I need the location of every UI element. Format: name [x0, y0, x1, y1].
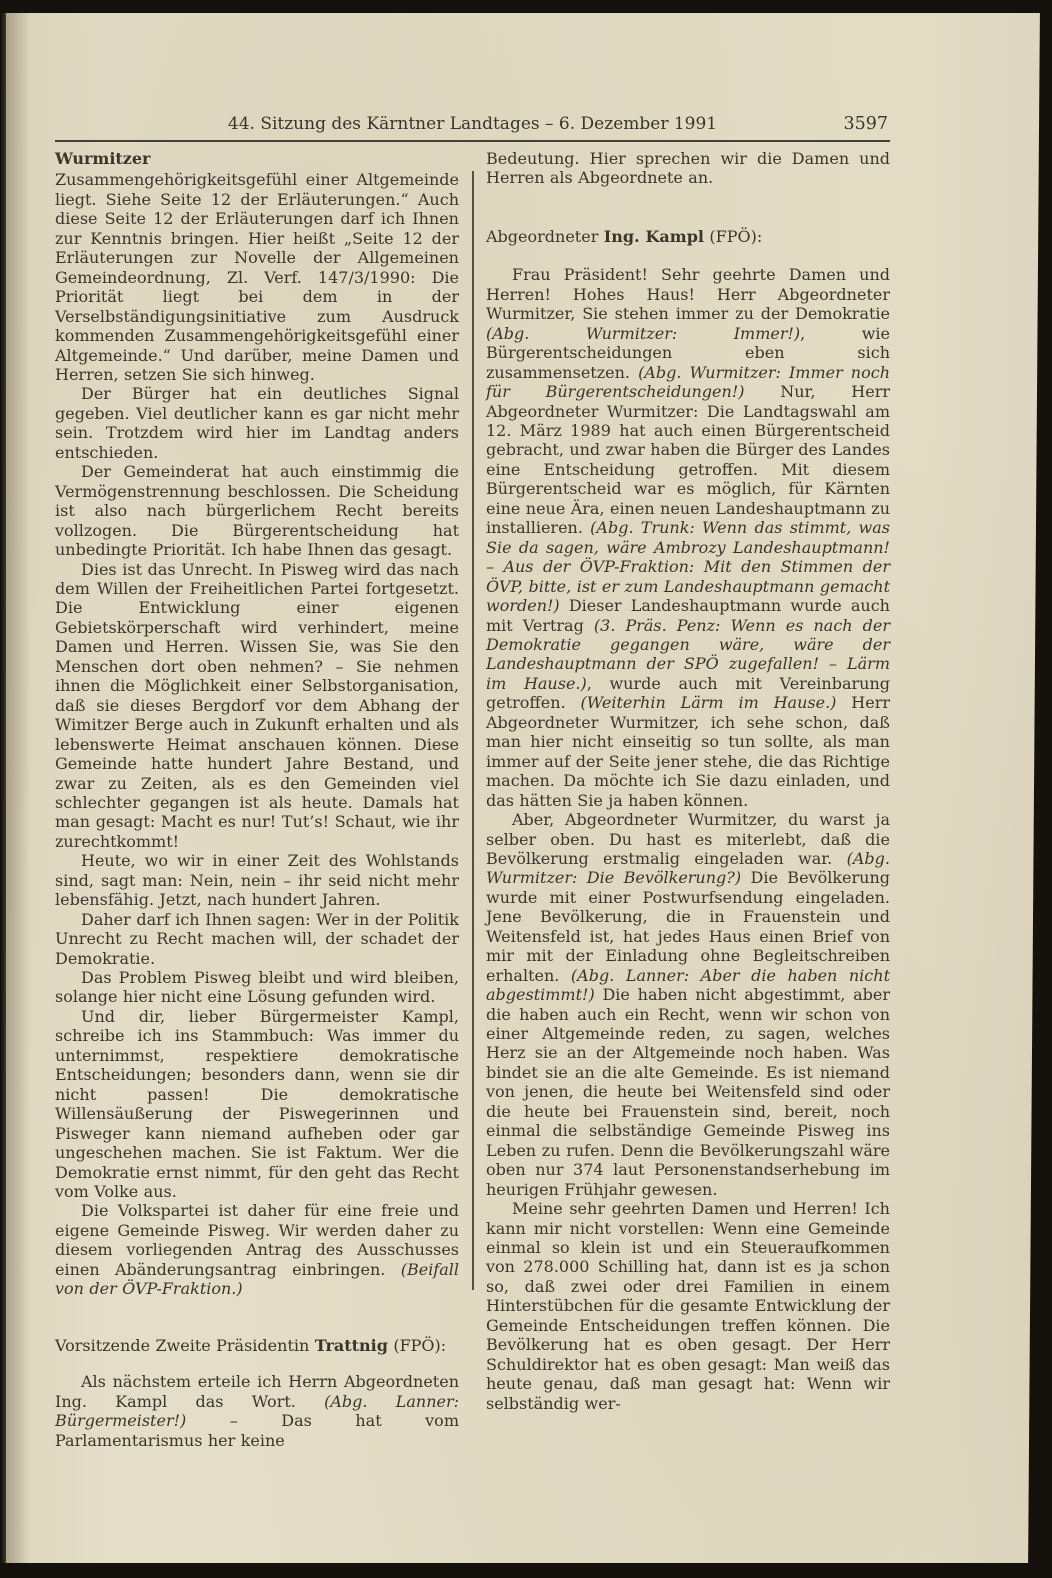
paragraph: Dies ist das Unrecht. In Pisweg wird das… [55, 560, 459, 852]
column-divider [472, 171, 474, 1290]
paragraph: Frau Präsident! Sehr geehrte Damen und H… [486, 265, 890, 810]
paragraph: Bedeutung. Hier sprechen wir die Damen u… [486, 149, 890, 188]
paragraph: Daher darf ich Ihnen sagen: Wer in der P… [55, 910, 459, 968]
paragraph: Die Volkspartei ist daher für eine freie… [55, 1201, 459, 1298]
paragraph: Und dir, lieber Bürgermeister Kampl, sch… [55, 1007, 459, 1202]
page-header: 44. Sitzung des Kärntner Landtages – 6. … [55, 113, 890, 135]
paragraph: Als nächstem erteile ich Herrn Abgeordne… [55, 1372, 459, 1450]
right-column: Bedeutung. Hier sprechen wir die Damen u… [486, 149, 890, 1450]
page-content: 44. Sitzung des Kärntner Landtages – 6. … [55, 0, 890, 1450]
speaker-line-kampl: Abgeordneter Ing. Kampl (FPÖ): [486, 227, 890, 246]
scan-edge-right [1026, 0, 1052, 1578]
scan-edge-left-shadow [6, 0, 30, 1578]
paragraph: Der Gemeinderat hat auch einstimmig die … [55, 462, 459, 559]
left-column: Wurmitzer Zusammengehörigkeitsgefühl ein… [55, 149, 459, 1450]
speaker-line-trattnig: Vorsitzende Zweite Präsidentin Trattnig … [55, 1336, 459, 1355]
paragraph: Das Problem Pisweg bleibt und wird bleib… [55, 968, 459, 1007]
scan-edge-top [0, 0, 1052, 13]
scan-edge-bottom [0, 1563, 1052, 1578]
header-rule [55, 140, 890, 142]
speaker-heading-wurmitzer: Wurmitzer [55, 149, 459, 168]
paragraph: Der Bürger hat ein deutliches Signal geg… [55, 384, 459, 462]
paragraph: Heute, wo wir in einer Zeit des Wohlstan… [55, 851, 459, 909]
document-page: 44. Sitzung des Kärntner Landtages – 6. … [0, 0, 1052, 1578]
paragraph: Aber, Abgeordneter Wurmitzer, du warst j… [486, 810, 890, 1199]
text-columns: Wurmitzer Zusammengehörigkeitsgefühl ein… [55, 149, 890, 1450]
session-title: 44. Sitzung des Kärntner Landtages – 6. … [228, 114, 717, 134]
paragraph: Zusammengehörigkeitsgefühl einer Altgeme… [55, 170, 459, 384]
paragraph: Meine sehr geehrten Damen und Herren! Ic… [486, 1199, 890, 1413]
page-number: 3597 [843, 113, 888, 135]
